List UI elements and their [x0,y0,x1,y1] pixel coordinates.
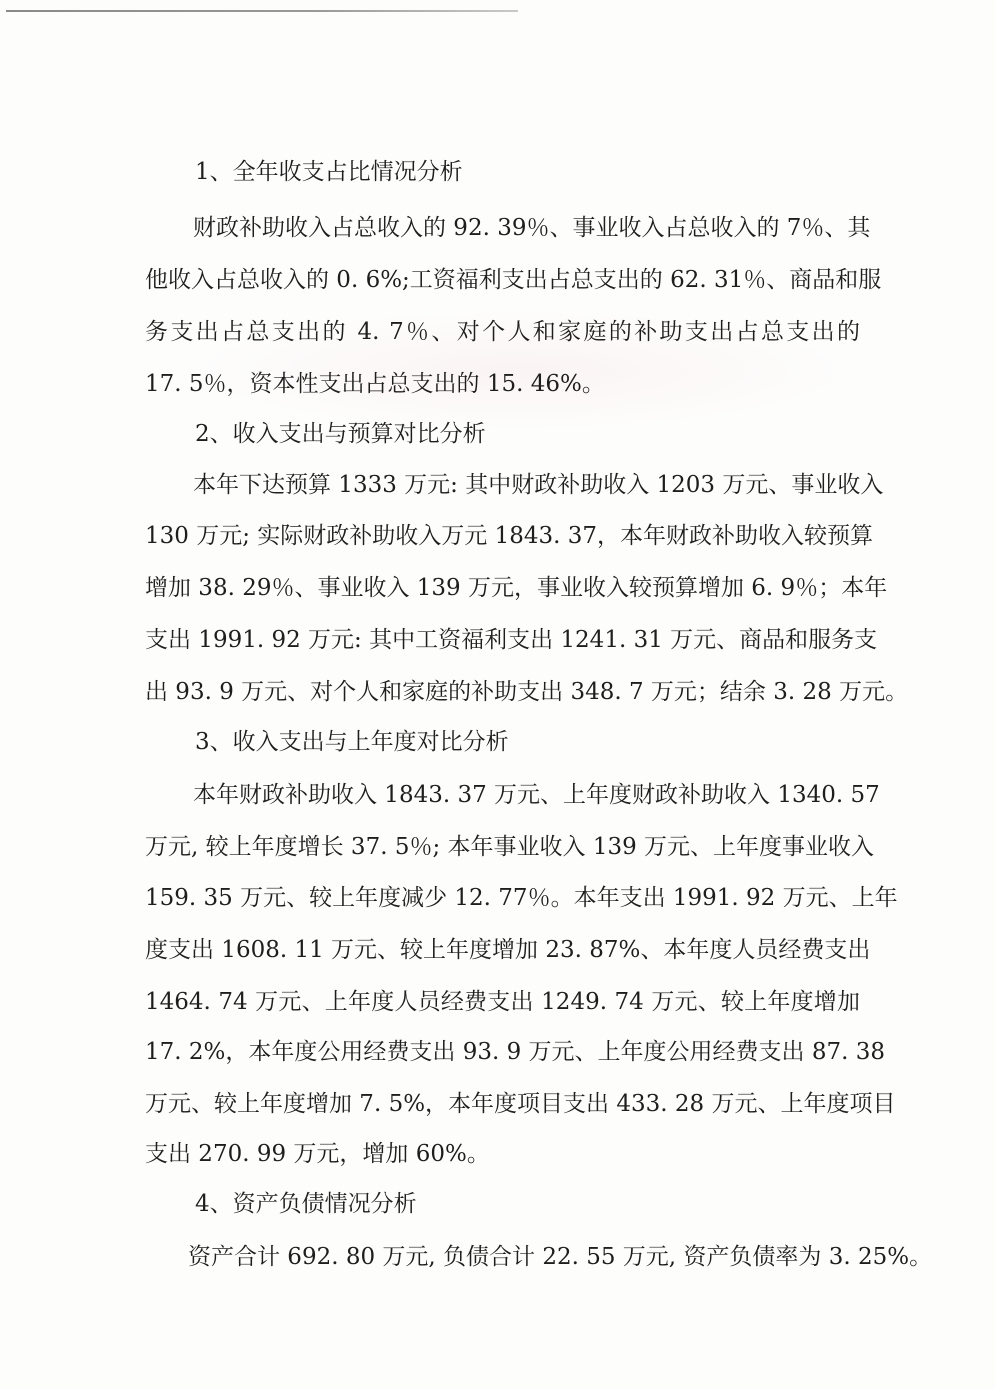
paragraph-line: 资产合计 692. 80 万元, 负债合计 22. 55 万元, 资产负债率为 … [188,1243,860,1271]
paragraph-line: 1464. 74 万元、上年度人员经费支出 1249. 74 万元、较上年度增加 [145,988,860,1016]
paragraph-line: 本年下达预算 1333 万元: 其中财政补助收入 1203 万元、事业收入 [193,471,860,499]
paragraph-line: 支出 1991. 92 万元: 其中工资福利支出 1241. 31 万元、商品和… [145,626,860,654]
paragraph-line: 17. 5％，资本性支出占总支出的 15. 46%。 [145,370,860,398]
scan-top-edge [6,10,518,12]
paragraph-line: 他收入占总收入的 0. 6%;工资福利支出占总支出的 62. 31％、商品和服 [145,266,860,294]
paragraph-line: 万元, 较上年度增长 37. 5％; 本年事业收入 139 万元、上年度事业收入 [145,833,860,861]
paragraph-line: 度支出 1608. 11 万元、较上年度增加 23. 87%、本年度人员经费支出 [145,936,860,964]
section-1-heading: 1、全年收支占比情况分析 [195,158,463,186]
paragraph-line: 万元、较上年度增加 7. 5%，本年度项目支出 433. 28 万元、上年度项目 [145,1090,860,1118]
paragraph-line: 159. 35 万元、较上年度减少 12. 77％。本年支出 1991. 92 … [145,884,860,912]
paragraph-line: 务支出占总支出的 4. 7％、对个人和家庭的补助支出占总支出的 [145,318,860,346]
paragraph-line: 出 93. 9 万元、对个人和家庭的补助支出 348. 7 万元；结余 3. 2… [145,678,860,706]
section-4-heading: 4、资产负债情况分析 [195,1190,417,1218]
paragraph-line: 17. 2%，本年度公用经费支出 93. 9 万元、上年度公用经费支出 87. … [145,1038,860,1066]
paragraph-line: 支出 270. 99 万元，增加 60%。 [145,1140,860,1168]
paragraph-line: 财政补助收入占总收入的 92. 39％、事业收入占总收入的 7％、其 [193,214,860,242]
paragraph-line: 增加 38. 29％、事业收入 139 万元，事业收入较预算增加 6. 9％；本… [145,574,860,602]
section-3-heading: 3、收入支出与上年度对比分析 [195,728,509,756]
section-2-heading: 2、收入支出与预算对比分析 [195,420,486,448]
paragraph-line: 130 万元; 实际财政补助收入万元 1843. 37，本年财政补助收入较预算 [145,522,860,550]
paragraph-line: 本年财政补助收入 1843. 37 万元、上年度财政补助收入 1340. 57 [193,781,860,809]
